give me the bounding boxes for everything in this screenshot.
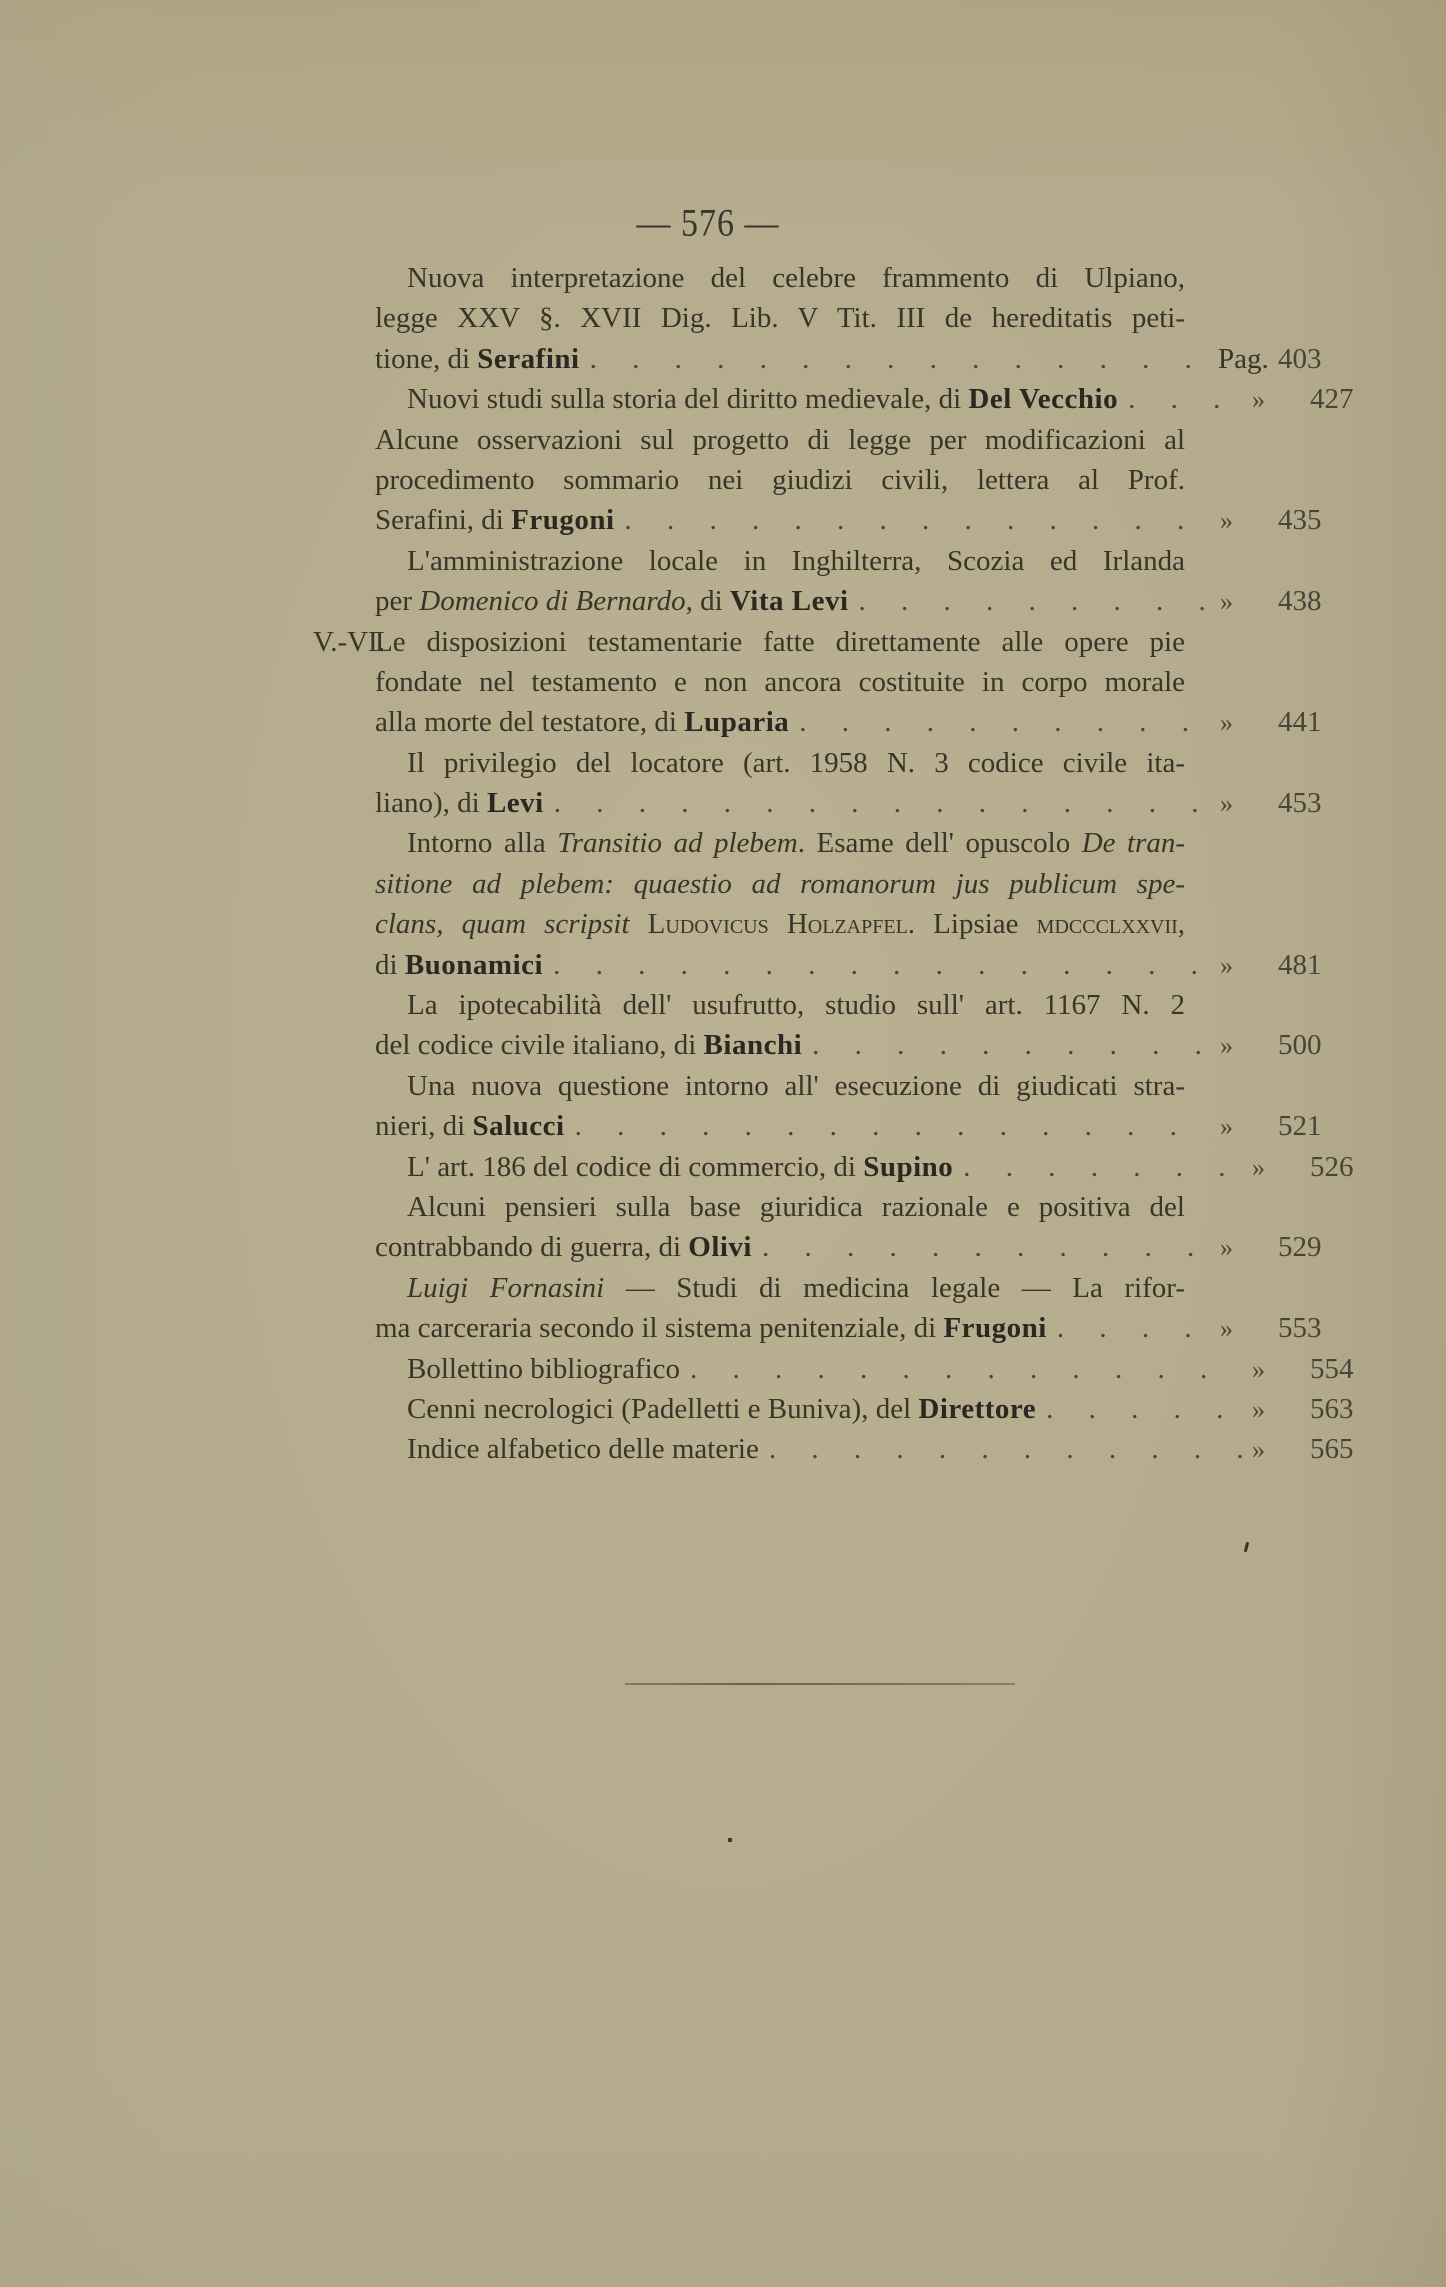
title-fragment: , di	[686, 585, 730, 617]
toc-entry: Alcuni pensieri sulla base giuridica raz…	[375, 1187, 1350, 1268]
toc-entry-text: di Buonamici	[375, 945, 543, 985]
title-fragment: — Studi di medicina legale — La rifor-	[604, 1272, 1185, 1304]
title-fragment: tione, di	[375, 343, 477, 375]
toc-entry-text: ma carceraria secondo il sistema peniten…	[375, 1308, 1047, 1348]
title-fragment: Indice alfabetico delle materie	[407, 1433, 759, 1465]
title-fragment: alla morte del testatore, di	[375, 706, 684, 738]
page-ref: 563	[1310, 1389, 1382, 1429]
toc-entry-last-line: L' art. 186 del codice di commercio, di …	[375, 1147, 1382, 1187]
toc-entry: L'amministrazione locale in Inghilterra,…	[375, 541, 1350, 622]
page-ref: 441	[1278, 702, 1350, 742]
toc-entry-last-line: ma carceraria secondo il sistema peniten…	[375, 1308, 1350, 1348]
page-marker: Pag.	[1218, 339, 1278, 379]
toc-entry-last-line: per Domenico di Bernardo, di Vita Levi »…	[375, 581, 1350, 621]
toc-entry: Indice alfabetico delle materie » 565	[375, 1429, 1350, 1469]
toc-entry-last-line: alla morte del testatore, di Luparia » 4…	[375, 702, 1350, 742]
title-fragment: Bollettino bibliografico	[407, 1353, 680, 1385]
toc-entry: Intorno alla Transitio ad plebem. Esame …	[375, 823, 1350, 985]
cited-author-italic: Luigi Fornasini	[407, 1272, 604, 1304]
ditto-marker: »	[1220, 703, 1278, 743]
dot-leader	[769, 1429, 1244, 1469]
title-fragment: Serafini, di	[375, 504, 511, 536]
toc-entry-text: per Domenico di Bernardo, di Vita Levi	[375, 581, 849, 621]
toc-entry-line: La ipotecabilità dell' usufrutto, studio…	[375, 985, 1185, 1025]
dot-leader	[762, 1227, 1212, 1267]
ditto-marker: »	[1220, 1026, 1278, 1066]
dot-leader	[575, 1106, 1212, 1146]
ditto-marker: »	[1220, 946, 1278, 986]
page-number: — 576 —	[0, 202, 1431, 246]
toc-entry-last-line: tione, di Serafini Pag. 403	[375, 339, 1350, 379]
toc-entry-text: Indice alfabetico delle materie	[407, 1429, 759, 1469]
title-fragment: Intorno alla	[407, 827, 557, 859]
author-name: Bianchi	[704, 1029, 803, 1061]
dot-leader	[812, 1025, 1212, 1065]
ditto-marker: »	[1220, 501, 1278, 541]
dot-leader	[859, 581, 1212, 621]
dot-leader	[1128, 379, 1244, 419]
author-name: Del Vecchio	[968, 383, 1118, 415]
toc-entry: Il privilegio del locatore (art. 1958 N.…	[375, 743, 1350, 824]
title-fragment: Cenni necrologici (Padelletti e Buniva),…	[407, 1393, 918, 1425]
author-name: Buonamici	[405, 949, 543, 981]
ditto-marker: »	[1220, 1309, 1278, 1349]
title-fragment: Nuovi studi sulla storia del diritto med…	[407, 383, 968, 415]
toc-entry-last-line: di Buonamici » 481	[375, 945, 1350, 985]
toc-entry: V.-VI. Le disposizioni testamentarie fat…	[375, 622, 1350, 743]
author-name: Vita Levi	[730, 585, 849, 617]
dot-leader	[1046, 1389, 1244, 1429]
toc-entry-last-line: nieri, di Salucci » 521	[375, 1106, 1350, 1146]
title-fragment: per	[375, 585, 419, 617]
toc-entry-last-line: Indice alfabetico delle materie » 565	[375, 1429, 1382, 1469]
toc-entry-text: contrabbando di guerra, di Olivi	[375, 1227, 752, 1267]
page-ref: 403	[1278, 339, 1350, 379]
toc-entry-line: fondate nel testamento e non ancora cost…	[375, 662, 1185, 702]
toc-entry-line: procedimento sommario nei giudizi civili…	[375, 460, 1185, 500]
year-roman: mdccclxxvii,	[1037, 908, 1185, 940]
toc-entry-last-line: contrabbando di guerra, di Olivi » 529	[375, 1227, 1350, 1267]
toc-entry-line: Le disposizioni testamentarie fatte dire…	[375, 622, 1185, 662]
page-ref: 427	[1310, 379, 1382, 419]
ditto-marker: »	[1220, 1228, 1278, 1268]
toc-entry-line: Alcuni pensieri sulla base giuridica raz…	[375, 1187, 1185, 1227]
toc-entry-text: Cenni necrologici (Padelletti e Buniva),…	[407, 1389, 1036, 1429]
toc-entry-line: Luigi Fornasini — Studi di medicina lega…	[375, 1268, 1185, 1308]
toc-entry: Alcune osservazioni sul progetto di legg…	[375, 420, 1350, 541]
end-rule-divider	[625, 1683, 1015, 1685]
author-name: Serafini	[477, 343, 579, 375]
author-name: Direttore	[918, 1393, 1036, 1425]
title-fragment: del codice civile italiano, di	[375, 1029, 704, 1061]
title-fragment: ma carceraria secondo il sistema peniten…	[375, 1312, 943, 1344]
toc-entry-last-line: Bollettino bibliografico » 554	[375, 1349, 1382, 1389]
title-italic: clans, quam scripsit	[375, 908, 648, 940]
ditto-marker: »	[1252, 1148, 1310, 1188]
dot-leader	[590, 339, 1210, 379]
toc-entry-line: Nuova interpretazione del celebre framme…	[375, 258, 1185, 298]
toc-entry-last-line: del codice civile italiano, di Bianchi »…	[375, 1025, 1350, 1065]
page-ref: 438	[1278, 581, 1350, 621]
page-ref: 553	[1278, 1308, 1350, 1348]
ditto-marker: »	[1220, 784, 1278, 824]
title-fragment: . Lipsiae	[908, 908, 1037, 940]
ditto-marker: »	[1220, 582, 1278, 622]
page-ref: 521	[1278, 1106, 1350, 1146]
toc-entry-line: Alcune osservazioni sul progetto di legg…	[375, 420, 1185, 460]
toc-entry-last-line: liano), di Levi » 453	[375, 783, 1350, 823]
toc-entry-text: Serafini, di Frugoni	[375, 500, 615, 540]
toc-entry: Cenni necrologici (Padelletti e Buniva),…	[375, 1389, 1350, 1429]
toc-entry: Nuovi studi sulla storia del diritto med…	[375, 379, 1350, 419]
toc-entry-text: nieri, di Salucci	[375, 1106, 565, 1146]
page-ref: 500	[1278, 1025, 1350, 1065]
toc-entry-line: Il privilegio del locatore (art. 1958 N.…	[375, 743, 1185, 783]
dot-leader	[625, 500, 1212, 540]
title-fragment: contrabbando di guerra, di	[375, 1231, 688, 1263]
page-ref: 481	[1278, 945, 1350, 985]
toc-entry-text: Bollettino bibliografico	[407, 1349, 680, 1389]
page-ref: 565	[1310, 1429, 1382, 1469]
toc-entry: Bollettino bibliografico » 554	[375, 1349, 1350, 1389]
dot-leader	[553, 945, 1212, 985]
toc-entry-text: alla morte del testatore, di Luparia	[375, 702, 789, 742]
dot-leader	[963, 1147, 1244, 1187]
toc-entry: L' art. 186 del codice di commercio, di …	[375, 1147, 1350, 1187]
ditto-marker: »	[1252, 380, 1310, 420]
dot-leader	[690, 1349, 1244, 1389]
toc-entry-text: L' art. 186 del codice di commercio, di …	[407, 1147, 953, 1187]
toc-entry: Luigi Fornasini — Studi di medicina lega…	[375, 1268, 1350, 1349]
author-name: Frugoni	[511, 504, 614, 536]
author-name: Frugoni	[943, 1312, 1046, 1344]
toc-entry-line: Intorno alla Transitio ad plebem. Esame …	[375, 823, 1185, 863]
author-name: Supino	[863, 1151, 953, 1183]
toc-entry-line: clans, quam scripsit Ludovicus Holzapfel…	[375, 904, 1185, 944]
author-name: Luparia	[684, 706, 789, 738]
toc-entry-line: L'amministrazione locale in Inghilterra,…	[375, 541, 1185, 581]
title-fragment: . Esame dell' opuscolo	[798, 827, 1082, 859]
table-of-contents: Nuova interpretazione del celebre framme…	[375, 258, 1350, 1470]
dot-leader	[554, 783, 1212, 823]
title-italic: Transitio ad plebem	[557, 827, 798, 859]
title-fragment: L' art. 186 del codice di commercio, di	[407, 1151, 863, 1183]
dot-leader	[1057, 1308, 1212, 1348]
page-ref: 529	[1278, 1227, 1350, 1267]
toc-entry-line: Una nuova questione intorno all' esecuzi…	[375, 1066, 1185, 1106]
toc-entry-text: del codice civile italiano, di Bianchi	[375, 1025, 802, 1065]
dot-leader	[799, 702, 1212, 742]
ditto-marker: »	[1252, 1350, 1310, 1390]
title-fragment: di	[375, 949, 405, 981]
toc-entry: Nuova interpretazione del celebre framme…	[375, 258, 1350, 379]
title-fragment: liano), di	[375, 787, 487, 819]
toc-entry-line: sitione ad plebem: quaestio ad romanorum…	[375, 864, 1185, 904]
page-ref: 435	[1278, 500, 1350, 540]
ditto-marker: »	[1252, 1430, 1310, 1470]
toc-entry: Una nuova questione intorno all' esecuzi…	[375, 1066, 1350, 1147]
toc-entry-line: legge XXV §. XVII Dig. Lib. V Tit. III d…	[375, 298, 1185, 338]
cited-author-smallcaps: Ludovicus Holzapfel	[648, 908, 908, 940]
page-ref: 453	[1278, 783, 1350, 823]
ditto-marker: »	[1220, 1107, 1278, 1147]
cited-author-italic: Domenico di Bernardo	[419, 585, 685, 617]
title-italic: De tran-	[1082, 827, 1185, 859]
ditto-marker: »	[1252, 1390, 1310, 1430]
author-name: Levi	[487, 787, 544, 819]
toc-entry-text: Nuovi studi sulla storia del diritto med…	[407, 379, 1118, 419]
ink-mark	[1244, 1542, 1249, 1552]
toc-entry-text: tione, di Serafini	[375, 339, 580, 379]
toc-entry-last-line: Nuovi studi sulla storia del diritto med…	[375, 379, 1382, 419]
toc-entry-last-line: Serafini, di Frugoni » 435	[375, 500, 1350, 540]
toc-entry-text: liano), di Levi	[375, 783, 544, 823]
toc-entry-last-line: Cenni necrologici (Padelletti e Buniva),…	[375, 1389, 1382, 1429]
ink-speck	[728, 1838, 732, 1842]
page-ref: 554	[1310, 1349, 1382, 1389]
title-fragment: nieri, di	[375, 1110, 472, 1142]
page-ref: 526	[1310, 1147, 1382, 1187]
author-name: Salucci	[472, 1110, 564, 1142]
toc-entry: La ipotecabilità dell' usufrutto, studio…	[375, 985, 1350, 1066]
author-name: Olivi	[688, 1231, 752, 1263]
